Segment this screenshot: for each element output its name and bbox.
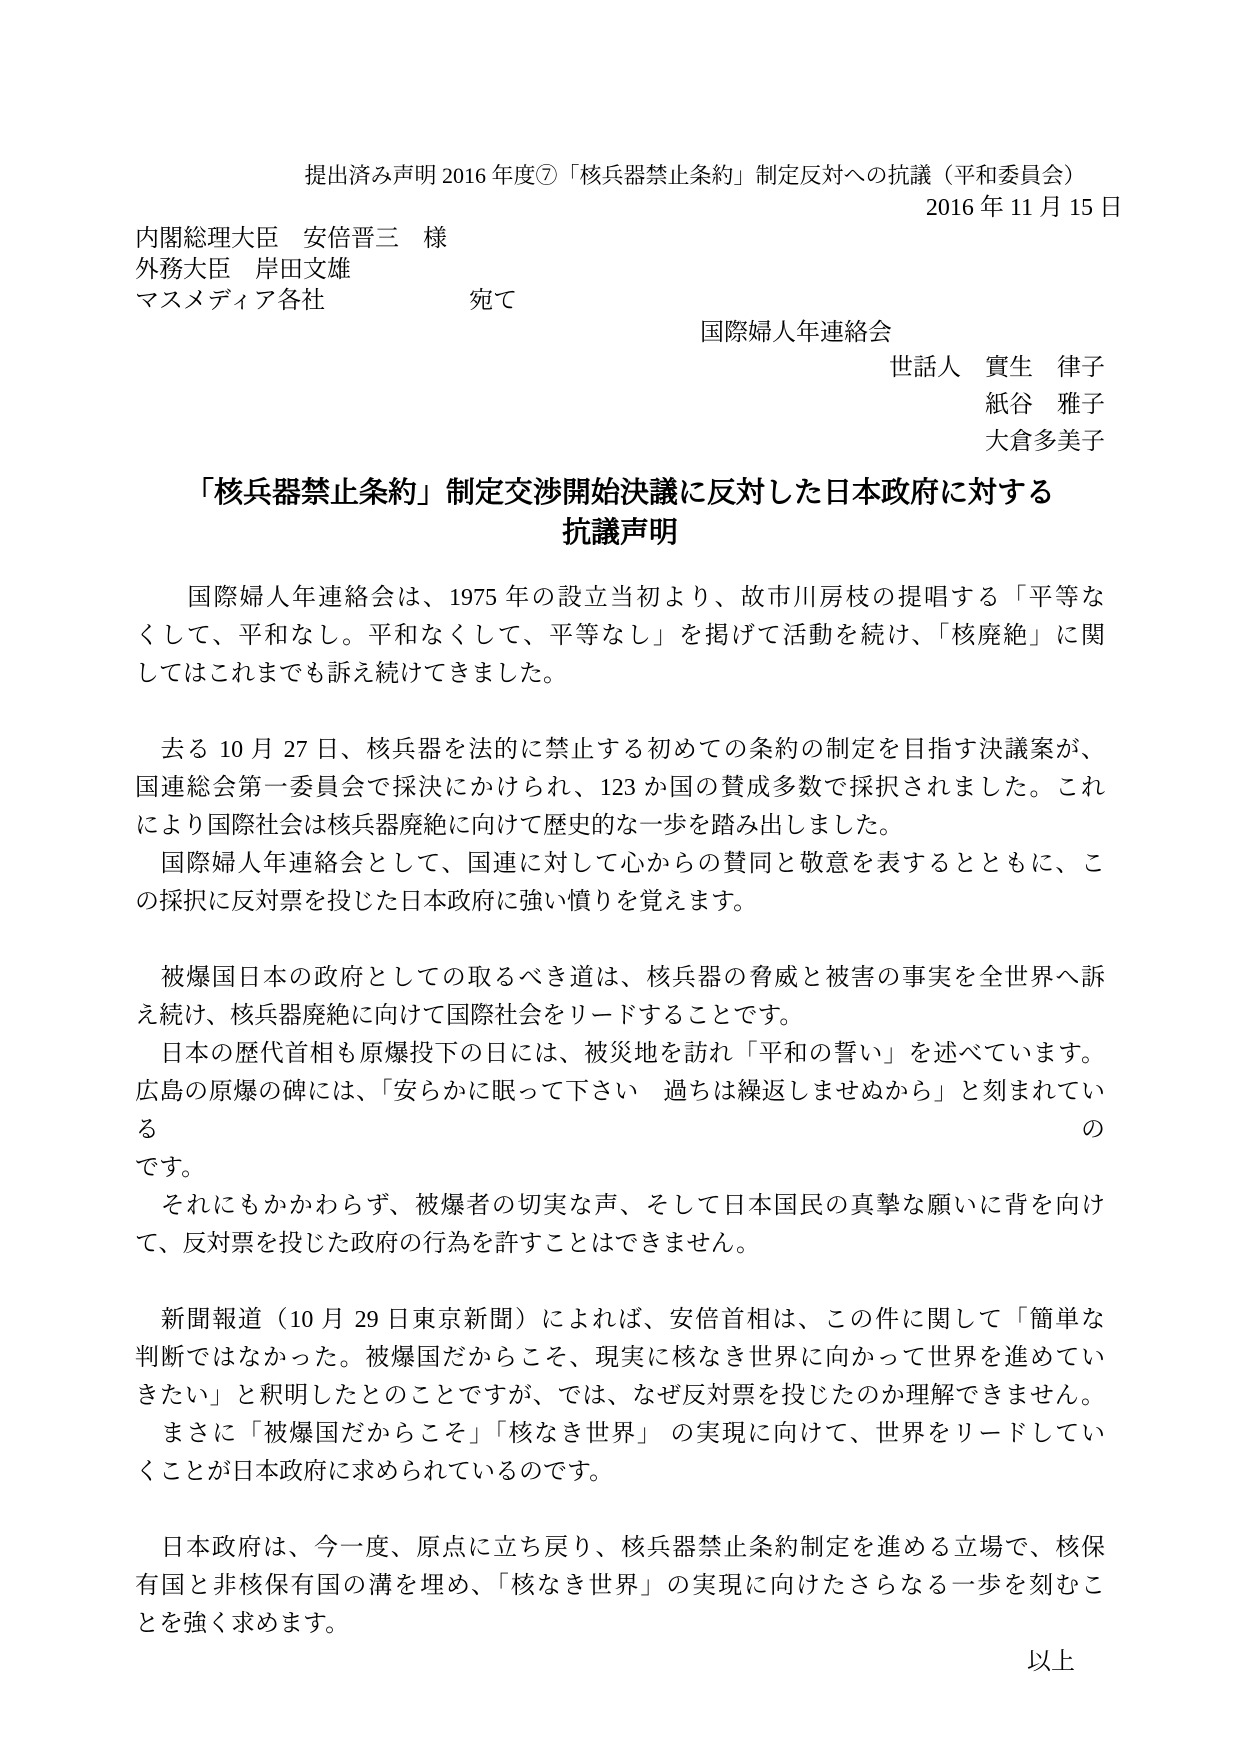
body-line: くして、平和なし。平和なくして、平等なし」を掲げて活動を続け、「核廃絶」に関 — [135, 617, 1105, 655]
body-line: とを強く求めます。 — [135, 1605, 1105, 1643]
document-title-line-2: 抗議声明 — [135, 513, 1105, 553]
body-line: 日本の歴代首相も原爆投下の日には、被災地を訪れ「平和の誓い」を述べています。 — [135, 1035, 1105, 1073]
sender-name-3: 大倉多美子 — [135, 424, 1105, 461]
body-line: て、反対票を投じた政府の行為を許すことはできません。 — [135, 1225, 1105, 1263]
body-line: 国際婦人年連絡会は、1975 年の設立当初より、故市川房枝の提唱する「平等な — [135, 579, 1105, 617]
body-line: まさに「被爆国だからこそ」「核なき世界」 の実現に向けて、世界をリードしてい — [135, 1415, 1105, 1453]
recipient-line-media: マスメディア各社 宛て — [135, 286, 1105, 317]
recipient-line-pm: 内閣総理大臣 安倍晋三 様 — [135, 224, 1105, 255]
document-title: 「核兵器禁止条約」制定交渉開始決議に反対した日本政府に対する 抗議声明 — [135, 473, 1105, 553]
document-body: 国際婦人年連絡会は、1975 年の設立当初より、故市川房枝の提唱する「平等な く… — [135, 579, 1105, 1643]
body-line: 新聞報道（10 月 29 日東京新聞）によれば、安倍首相は、この件に関して「簡単… — [135, 1301, 1105, 1339]
body-line: 被爆国日本の政府としての取るべき道は、核兵器の脅威と被害の事実を全世界へ訴 — [135, 959, 1105, 997]
paragraph-4: 新聞報道（10 月 29 日東京新聞）によれば、安倍首相は、この件に関して「簡単… — [135, 1301, 1105, 1491]
paragraph-3: 被爆国日本の政府としての取るべき道は、核兵器の脅威と被害の事実を全世界へ訴 え続… — [135, 959, 1105, 1263]
paragraph-1: 国際婦人年連絡会は、1975 年の設立当初より、故市川房枝の提唱する「平等な く… — [135, 579, 1105, 693]
body-line: きたい」と釈明したとのことですが、では、なぜ反対票を投じたのか理解できません。 — [135, 1377, 1105, 1415]
body-line: してはこれまでも訴え続けてきました。 — [135, 655, 1105, 693]
document-page: 提出済み声明 2016 年度⑦「核兵器禁止条約」制定反対への抗議（平和委員会） … — [0, 0, 1240, 1754]
sender-block: 国際婦人年連絡会 世話人 實生 律子 紙谷 雅子 大倉多美子 — [135, 317, 1105, 461]
body-line: 去る 10 月 27 日、核兵器を法的に禁止する初めての条約の制定を目指す決議案… — [135, 731, 1105, 769]
recipient-line-fm: 外務大臣 岸田文雄 — [135, 255, 1105, 286]
subject-line: 提出済み声明 2016 年度⑦「核兵器禁止条約」制定反対への抗議（平和委員会） — [135, 160, 1105, 192]
body-line: の採択に反対票を投じた日本政府に強い憤りを覚えます。 — [135, 883, 1105, 921]
date-line: 2016 年 11 月 15 日 — [135, 192, 1123, 224]
recipient-block: 内閣総理大臣 安倍晋三 様 外務大臣 岸田文雄 マスメディア各社 宛て — [135, 224, 1105, 317]
body-line: 国際婦人年連絡会として、国連に対して心からの賛同と敬意を表するとともに、こ — [135, 845, 1105, 883]
body-line: 日本政府は、今一度、原点に立ち戻り、核兵器禁止条約制定を進める立場で、核保 — [135, 1529, 1105, 1567]
body-line: それにもかかわらず、被爆者の切実な声、そして日本国民の真摯な願いに背を向け — [135, 1187, 1105, 1225]
paragraph-2: 去る 10 月 27 日、核兵器を法的に禁止する初めての条約の制定を目指す決議案… — [135, 731, 1105, 921]
body-line: です。 — [135, 1149, 1105, 1187]
body-line: により国際社会は核兵器廃絶に向けて歴史的な一歩を踏み出しました。 — [135, 807, 1105, 845]
closing-line: 以上 — [135, 1643, 1105, 1681]
sender-organization: 国際婦人年連絡会 — [700, 317, 1105, 350]
paragraph-5: 日本政府は、今一度、原点に立ち戻り、核兵器禁止条約制定を進める立場で、核保 有国… — [135, 1529, 1105, 1643]
body-line: 国連総会第一委員会で採決にかけられ、123 か国の賛成多数で採択されました。これ — [135, 769, 1105, 807]
body-line: え続け、核兵器廃絶に向けて国際社会をリードすることです。 — [135, 997, 1105, 1035]
body-line: くことが日本政府に求められているのです。 — [135, 1453, 1105, 1491]
body-line: 判断ではなかった。被爆国だからこそ、現実に核なき世界に向かって世界を進めてい — [135, 1339, 1105, 1377]
sender-name-2: 紙谷 雅子 — [135, 387, 1105, 424]
body-line: 有国と非核保有国の溝を埋め、「核なき世界」の実現に向けたさらなる一歩を刻むこ — [135, 1567, 1105, 1605]
body-line: 広島の原爆の碑には、「安らかに眠って下さい 過ちは繰返しませぬから」と刻まれてい… — [135, 1073, 1105, 1149]
sender-name-1: 世話人 實生 律子 — [135, 350, 1105, 387]
document-title-line-1: 「核兵器禁止条約」制定交渉開始決議に反対した日本政府に対する — [135, 473, 1105, 513]
